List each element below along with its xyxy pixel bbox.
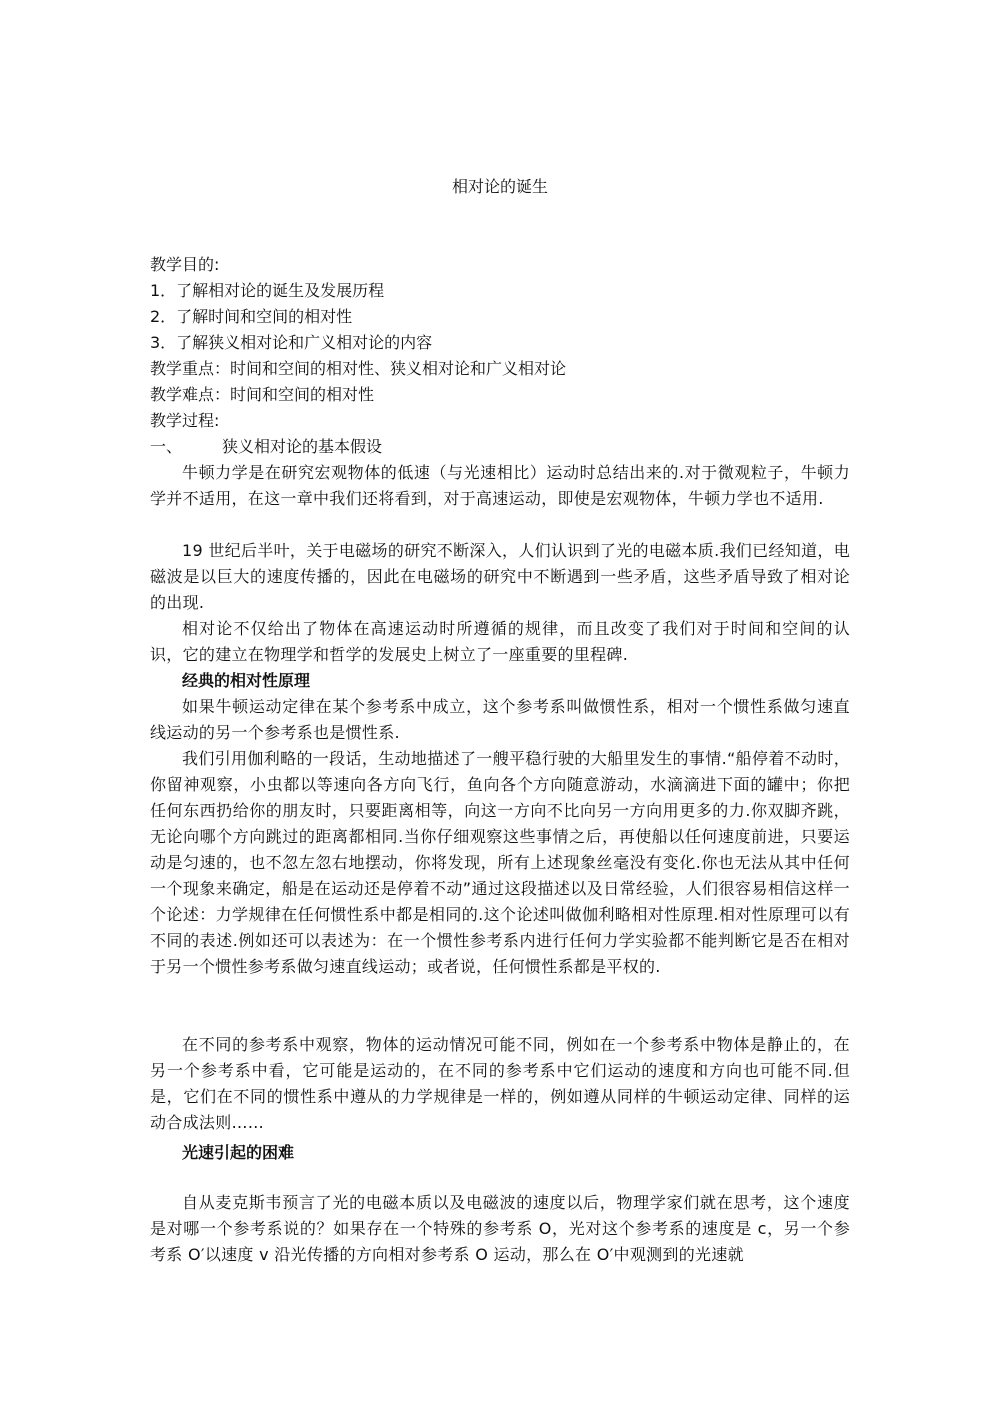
key-points: 教学重点：时间和空间的相对性、狭义相对论和广义相对论 (150, 356, 850, 382)
section-heading-text: 狭义相对论的基本假设 (222, 437, 382, 456)
paragraph: 19 世纪后半叶，关于电磁场的研究不断深入，人们认识到了光的电磁本质.我们已经知… (150, 538, 850, 616)
section-number: 一、 (150, 434, 222, 460)
objective-item: 3．了解狭义相对论和广义相对论的内容 (150, 330, 850, 356)
paragraph: 牛顿力学是在研究宏观物体的低速（与光速相比）运动时总结出来的.对于微观粒子，牛顿… (150, 460, 850, 512)
section-heading: 一、狭义相对论的基本假设 (150, 434, 850, 460)
paragraph: 我们引用伽利略的一段话，生动地描述了一艘平稳行驶的大船里发生的事情.“船停着不动… (150, 746, 850, 980)
difficulties: 教学难点：时间和空间的相对性 (150, 382, 850, 408)
paragraph: 如果牛顿运动定律在某个参考系中成立，这个参考系叫做惯性系，相对一个惯性系做匀速直… (150, 694, 850, 746)
paragraph: 在不同的参考系中观察，物体的运动情况可能不同，例如在一个参考系中物体是静止的，在… (150, 1032, 850, 1136)
objective-item: 1．了解相对论的诞生及发展历程 (150, 278, 850, 304)
process-label: 教学过程: (150, 408, 850, 434)
subheading: 经典的相对性原理 (150, 668, 882, 694)
objective-item: 2．了解时间和空间的相对性 (150, 304, 850, 330)
paragraph: 相对论不仅给出了物体在高速运动时所遵循的规律，而且改变了我们对于时间和空间的认识… (150, 616, 850, 668)
subheading: 光速引起的困难 (150, 1140, 882, 1166)
objectives-label: 教学目的: (150, 252, 850, 278)
document-title: 相对论的诞生 (150, 174, 850, 200)
paragraph: 自从麦克斯韦预言了光的电磁本质以及电磁波的速度以后，物理学家们就在思考，这个速度… (150, 1190, 850, 1268)
